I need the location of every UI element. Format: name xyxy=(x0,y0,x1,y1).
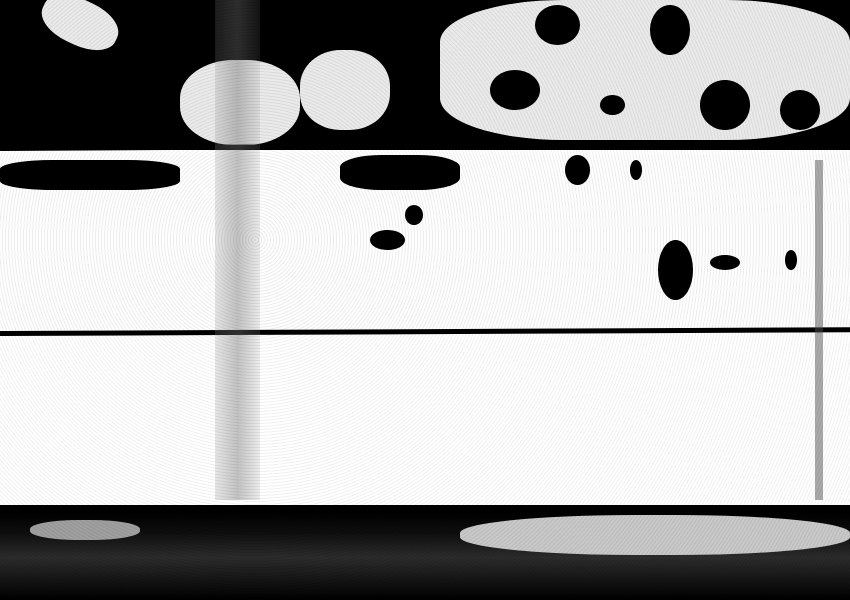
photograph xyxy=(0,0,850,600)
film-grain xyxy=(0,0,850,600)
